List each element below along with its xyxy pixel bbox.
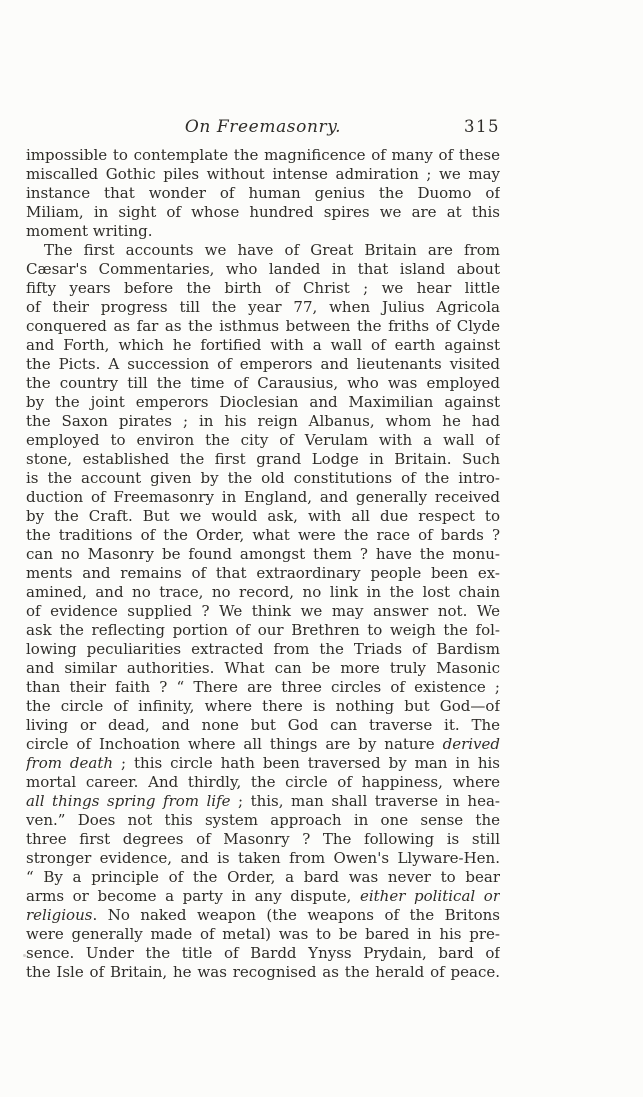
text-line: circle of Inchoation where all things ar… bbox=[26, 735, 500, 754]
text-line: can no Masonry be found amongst them ? h… bbox=[26, 545, 500, 564]
text-segment: “ By a principle of the Order, a bard wa… bbox=[26, 868, 500, 886]
text-segment: the circle of infinity, where there is n… bbox=[26, 697, 500, 715]
text-line: instance that wonder of human genius the… bbox=[26, 184, 500, 203]
text-line: duction of Freemasonry in England, and g… bbox=[26, 488, 500, 507]
text-line: sence. Under the title of Bardd Ynyss Pr… bbox=[26, 944, 500, 963]
text-segment: stone, established the first grand Lodge… bbox=[26, 450, 500, 468]
text-segment: moment writing. bbox=[26, 222, 152, 240]
text-segment: than their faith ? “ There are three cir… bbox=[26, 678, 500, 696]
text-segment: The first accounts we have of Great Brit… bbox=[44, 241, 500, 259]
paragraph: The first accounts we have of Great Brit… bbox=[26, 241, 500, 982]
text-segment: duction of Freemasonry in England, and g… bbox=[26, 488, 500, 506]
text-line: miscalled Gothic piles without intense a… bbox=[26, 165, 500, 184]
text-segment: living or dead, and none but God can tra… bbox=[26, 716, 500, 734]
text-line: and similar authorities. What can be mor… bbox=[26, 659, 500, 678]
text-line: by the joint emperors Dioclesian and Max… bbox=[26, 393, 500, 412]
text-line: and Forth, which he fortified with a wal… bbox=[26, 336, 500, 355]
text-segment: impossible to contemplate the magnificen… bbox=[26, 146, 500, 164]
text-line: religious. No naked weapon (the weapons … bbox=[26, 906, 500, 925]
text-line: The first accounts we have of Great Brit… bbox=[26, 241, 500, 260]
text-segment: circle of Inchoation where all things ar… bbox=[26, 735, 443, 753]
text-line: amined, and no trace, no record, no link… bbox=[26, 583, 500, 602]
text-line: ven.” Does not this system approach in o… bbox=[26, 811, 500, 830]
text-segment: mortal career. And thirdly, the circle o… bbox=[26, 773, 500, 791]
text-line: fifty years before the birth of Christ ;… bbox=[26, 279, 500, 298]
text-segment: the country till the time of Carausius, … bbox=[26, 374, 500, 392]
italic-text: either political or bbox=[360, 887, 500, 905]
text-line: the Picts. A succession of emperors and … bbox=[26, 355, 500, 374]
text-segment: lowing peculiarities extracted from the … bbox=[26, 640, 500, 658]
text-segment: of evidence supplied ? We think we may a… bbox=[26, 602, 500, 620]
text-segment: instance that wonder of human genius the… bbox=[26, 184, 500, 202]
italic-text: from death bbox=[26, 754, 113, 772]
text-segment: fifty years before the birth of Christ ;… bbox=[26, 279, 500, 297]
text-segment: ven.” Does not this system approach in o… bbox=[26, 811, 500, 829]
page-number: 315 bbox=[464, 117, 500, 136]
italic-text: all things spring from life bbox=[26, 792, 231, 810]
scan-artifact bbox=[23, 954, 26, 957]
text-segment: arms or become a party in any dispute, bbox=[26, 887, 360, 905]
running-head: On Freemasonry. 315 bbox=[26, 117, 500, 139]
text-line: three first degrees of Masonry ? The fol… bbox=[26, 830, 500, 849]
text-line: stone, established the first grand Lodge… bbox=[26, 450, 500, 469]
text-line: living or dead, and none but God can tra… bbox=[26, 716, 500, 735]
text-line: the country till the time of Carausius, … bbox=[26, 374, 500, 393]
text-line: mortal career. And thirdly, the circle o… bbox=[26, 773, 500, 792]
text-line: conquered as far as the isthmus between … bbox=[26, 317, 500, 336]
paragraph: impossible to contemplate the magnificen… bbox=[26, 146, 500, 241]
italic-text: derived bbox=[443, 735, 500, 753]
text-line: were generally made of metal) was to be … bbox=[26, 925, 500, 944]
text-line: ask the reflecting portion of our Brethr… bbox=[26, 621, 500, 640]
text-line: Miliam, in sight of whose hundred spires… bbox=[26, 203, 500, 222]
text-segment: employed to environ the city of Verulam … bbox=[26, 431, 500, 449]
text-line: the circle of infinity, where there is n… bbox=[26, 697, 500, 716]
text-line: the Saxon pirates ; in his reign Albanus… bbox=[26, 412, 500, 431]
text-segment: by the joint emperors Dioclesian and Max… bbox=[26, 393, 500, 411]
italic-text: religious bbox=[26, 906, 92, 924]
text-segment: the Saxon pirates ; in his reign Albanus… bbox=[26, 412, 500, 430]
text-segment: Cæsar's Commentaries, who landed in that… bbox=[26, 260, 500, 278]
text-line: lowing peculiarities extracted from the … bbox=[26, 640, 500, 659]
text-line: of their progress till the year 77, when… bbox=[26, 298, 500, 317]
text-line: the Isle of Britain, he was recognised a… bbox=[26, 963, 500, 982]
text-line: Cæsar's Commentaries, who landed in that… bbox=[26, 260, 500, 279]
text-line: arms or become a party in any dispute, e… bbox=[26, 887, 500, 906]
text-segment: the Isle of Britain, he was recognised a… bbox=[26, 963, 500, 981]
text-line: “ By a principle of the Order, a bard wa… bbox=[26, 868, 500, 887]
text-segment: sence. Under the title of Bardd Ynyss Pr… bbox=[26, 944, 500, 962]
text-segment: ; this circle hath been traversed by man… bbox=[113, 754, 500, 772]
text-line: ments and remains of that extraordinary … bbox=[26, 564, 500, 583]
text-line: by the Craft. But we would ask, with all… bbox=[26, 507, 500, 526]
text-segment: . No naked weapon (the weapons of the Br… bbox=[92, 906, 500, 924]
text-segment: of their progress till the year 77, when… bbox=[26, 298, 500, 316]
body-text: impossible to contemplate the magnificen… bbox=[26, 146, 500, 982]
text-segment: by the Craft. But we would ask, with all… bbox=[26, 507, 500, 525]
text-segment: Miliam, in sight of whose hundred spires… bbox=[26, 203, 500, 221]
text-segment: three first degrees of Masonry ? The fol… bbox=[26, 830, 500, 848]
text-segment: and similar authorities. What can be mor… bbox=[26, 659, 500, 677]
text-segment: can no Masonry be found amongst them ? h… bbox=[26, 545, 500, 563]
text-line: impossible to contemplate the magnificen… bbox=[26, 146, 500, 165]
text-segment: is the account given by the old constitu… bbox=[26, 469, 500, 487]
text-line: of evidence supplied ? We think we may a… bbox=[26, 602, 500, 621]
text-segment: the traditions of the Order, what were t… bbox=[26, 526, 500, 544]
text-segment: ask the reflecting portion of our Brethr… bbox=[26, 621, 500, 639]
text-line: all things spring from life ; this, man … bbox=[26, 792, 500, 811]
text-segment: conquered as far as the isthmus between … bbox=[26, 317, 500, 335]
text-line: employed to environ the city of Verulam … bbox=[26, 431, 500, 450]
book-page: On Freemasonry. 315 impossible to contem… bbox=[0, 0, 643, 1097]
text-line: is the account given by the old constitu… bbox=[26, 469, 500, 488]
text-segment: amined, and no trace, no record, no link… bbox=[26, 583, 500, 601]
text-line: stronger evidence, and is taken from Owe… bbox=[26, 849, 500, 868]
text-segment: were generally made of metal) was to be … bbox=[26, 925, 500, 943]
text-line: than their faith ? “ There are three cir… bbox=[26, 678, 500, 697]
text-line: moment writing. bbox=[26, 222, 500, 241]
text-segment: and Forth, which he fortified with a wal… bbox=[26, 336, 500, 354]
text-line: the traditions of the Order, what were t… bbox=[26, 526, 500, 545]
page-title: On Freemasonry. bbox=[26, 117, 500, 137]
text-line: from death ; this circle hath been trave… bbox=[26, 754, 500, 773]
text-segment: the Picts. A succession of emperors and … bbox=[26, 355, 500, 373]
text-segment: stronger evidence, and is taken from Owe… bbox=[26, 849, 500, 867]
text-segment: ments and remains of that extraordinary … bbox=[26, 564, 500, 582]
text-segment: ; this, man shall traverse in hea- bbox=[231, 792, 500, 810]
text-segment: miscalled Gothic piles without intense a… bbox=[26, 165, 500, 183]
